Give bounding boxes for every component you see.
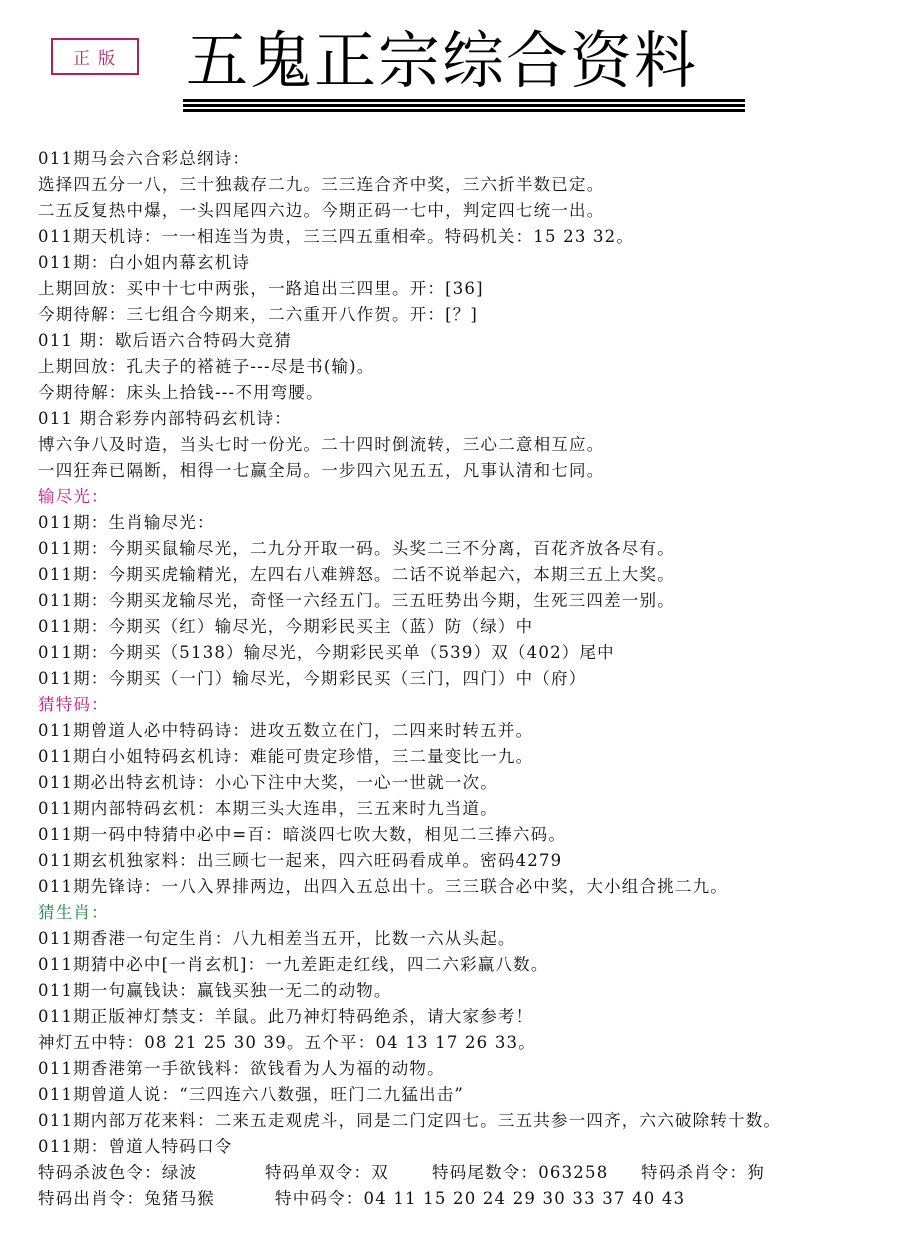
text-line: 011期必出特玄机诗：小心下注中大奖，一心一世就一次。 bbox=[38, 770, 888, 796]
hit-number-order: 特中码令：04 11 15 20 24 29 30 33 37 40 43 bbox=[275, 1186, 685, 1212]
text-line: 011期香港一句定生肖：八九相差当五开，比数一六从头起。 bbox=[38, 926, 888, 952]
text-line: 011期：今期买（红）输尽光，今期彩民买主（蓝）防（绿）中 bbox=[38, 614, 888, 640]
koling-row-1: 特码杀波色令：绿波 特码单双令：双 特码尾数令：063258 特码杀肖令：狗 bbox=[38, 1160, 888, 1186]
text-line: 一四狂奔已隔断，相得一七赢全局。一步四六见五五，凡事认清和七同。 bbox=[38, 458, 888, 484]
text-line: 011期：今期买（一门）输尽光，今期彩民买（三门，四门）中（府） bbox=[38, 666, 888, 692]
section-heading-tema: 猜特码： bbox=[38, 692, 888, 718]
tail-number-order: 特码尾数令：063258 bbox=[432, 1160, 608, 1186]
odd-even-order: 特码单双令：双 bbox=[265, 1160, 389, 1186]
text-line: 011期：白小姐内幕玄机诗 bbox=[38, 250, 888, 276]
text-line: 011期天机诗：一一相连当为贵，三三四五重相牵。特码机关：15 23 32。 bbox=[38, 224, 888, 250]
text-line: 011期正版神灯禁支：羊鼠。此乃神灯特码绝杀，请大家参考！ bbox=[38, 1004, 888, 1030]
text-line: 011期曾道人说：“三四连六八数强，旺门二九猛出击” bbox=[38, 1082, 888, 1108]
document-body: 011期马会六合彩总纲诗： 选择四五分一八，三十独裁存二九。三三连合齐中奖，三六… bbox=[38, 146, 888, 1212]
text-line: 011期玄机独家料：出三顾七一起来，四六旺码看成单。密码4279 bbox=[38, 848, 888, 874]
text-line: 011期曾道人必中特码诗：进攻五数立在门，二四来时转五并。 bbox=[38, 718, 888, 744]
text-line: 011期：曾道人特码口令 bbox=[38, 1134, 888, 1160]
text-line: 011 期：歇后语六合特码大竞猜 bbox=[38, 328, 888, 354]
section-heading-shengxiao: 猜生肖： bbox=[38, 900, 888, 926]
text-line: 011期白小姐特码玄机诗：难能可贵定珍惜，三二量变比一九。 bbox=[38, 744, 888, 770]
section-heading-shu: 输尽光： bbox=[38, 484, 888, 510]
text-line: 011期内部万花来料：二来五走观虎斗，同是二门定四七。三五共参一四齐，六六破除转… bbox=[38, 1108, 888, 1134]
page-title: 五鬼正宗综合资料 bbox=[186, 26, 746, 96]
text-line: 选择四五分一八，三十独裁存二九。三三连合齐中奖，三六折半数已定。 bbox=[38, 172, 888, 198]
text-line: 上期回放：孔夫子的褡裢子---尽是书(输)。 bbox=[38, 354, 888, 380]
koling-row-2: 特码出肖令：兔猪马猴 特中码令：04 11 15 20 24 29 30 33 … bbox=[38, 1186, 888, 1212]
text-line: 上期回放：买中十七中两张，一路追出三四里。开：[36] bbox=[38, 276, 888, 302]
text-line: 011期：今期买鼠输尽光，二九分开取一码。头奖二三不分离，百花齐放各尽有。 bbox=[38, 536, 888, 562]
genuine-edition-badge: 正版 bbox=[51, 38, 139, 75]
text-line: 011 期合彩券内部特码玄机诗： bbox=[38, 406, 888, 432]
text-line: 011期香港第一手欲钱料：欲钱看为人为福的动物。 bbox=[38, 1056, 888, 1082]
text-line: 今期待解：三七组合今期来，二六重开八作贺。开：[？] bbox=[38, 302, 888, 328]
text-line: 011期：今期买龙输尽光，奇怪一六经五门。三五旺势出今期，生死三四差一别。 bbox=[38, 588, 888, 614]
text-line: 博六争八及时造，当头七时一份光。二十四时倒流转，三心二意相互应。 bbox=[38, 432, 888, 458]
text-line: 011期：生肖输尽光： bbox=[38, 510, 888, 536]
text-line: 011期一句赢钱诀：赢钱买独一无二的动物。 bbox=[38, 978, 888, 1004]
text-line: 011期先锋诗：一八入界排两边，出四入五总出十。三三联合必中奖，大小组合挑二九。 bbox=[38, 874, 888, 900]
title-underline bbox=[183, 109, 745, 112]
text-line: 二五反复热中爆，一头四尾四六边。今期正码一七中，判定四七统一出。 bbox=[38, 198, 888, 224]
title-underline bbox=[183, 104, 745, 107]
title-underline bbox=[183, 99, 745, 102]
text-line: 011期猜中必中[一肖玄机]：一九差距走红线，四二六彩赢八数。 bbox=[38, 952, 888, 978]
text-line: 011期：今期买（5138）输尽光，今期彩民买单（539）双（402）尾中 bbox=[38, 640, 888, 666]
out-zodiac-order: 特码出肖令：兔猪马猴 bbox=[38, 1186, 215, 1212]
kill-color-order: 特码杀波色令：绿波 bbox=[38, 1160, 197, 1186]
text-line: 今期待解：床头上拾钱---不用弯腰。 bbox=[38, 380, 888, 406]
text-line: 011期：今期买虎输精光，左四右八难辨怒。二话不说举起六，本期三五上大奖。 bbox=[38, 562, 888, 588]
text-line: 011期一码中特猜中必中=百：暗淡四七吹大数，相见二三捧六码。 bbox=[38, 822, 888, 848]
text-line: 011期马会六合彩总纲诗： bbox=[38, 146, 888, 172]
kill-zodiac-order: 特码杀肖令：狗 bbox=[641, 1160, 765, 1186]
text-line: 神灯五中特：08 21 25 30 39。五个平：04 13 17 26 33。 bbox=[38, 1030, 888, 1056]
text-line: 011期内部特码玄机：本期三头大连串，三五来时九当道。 bbox=[38, 796, 888, 822]
